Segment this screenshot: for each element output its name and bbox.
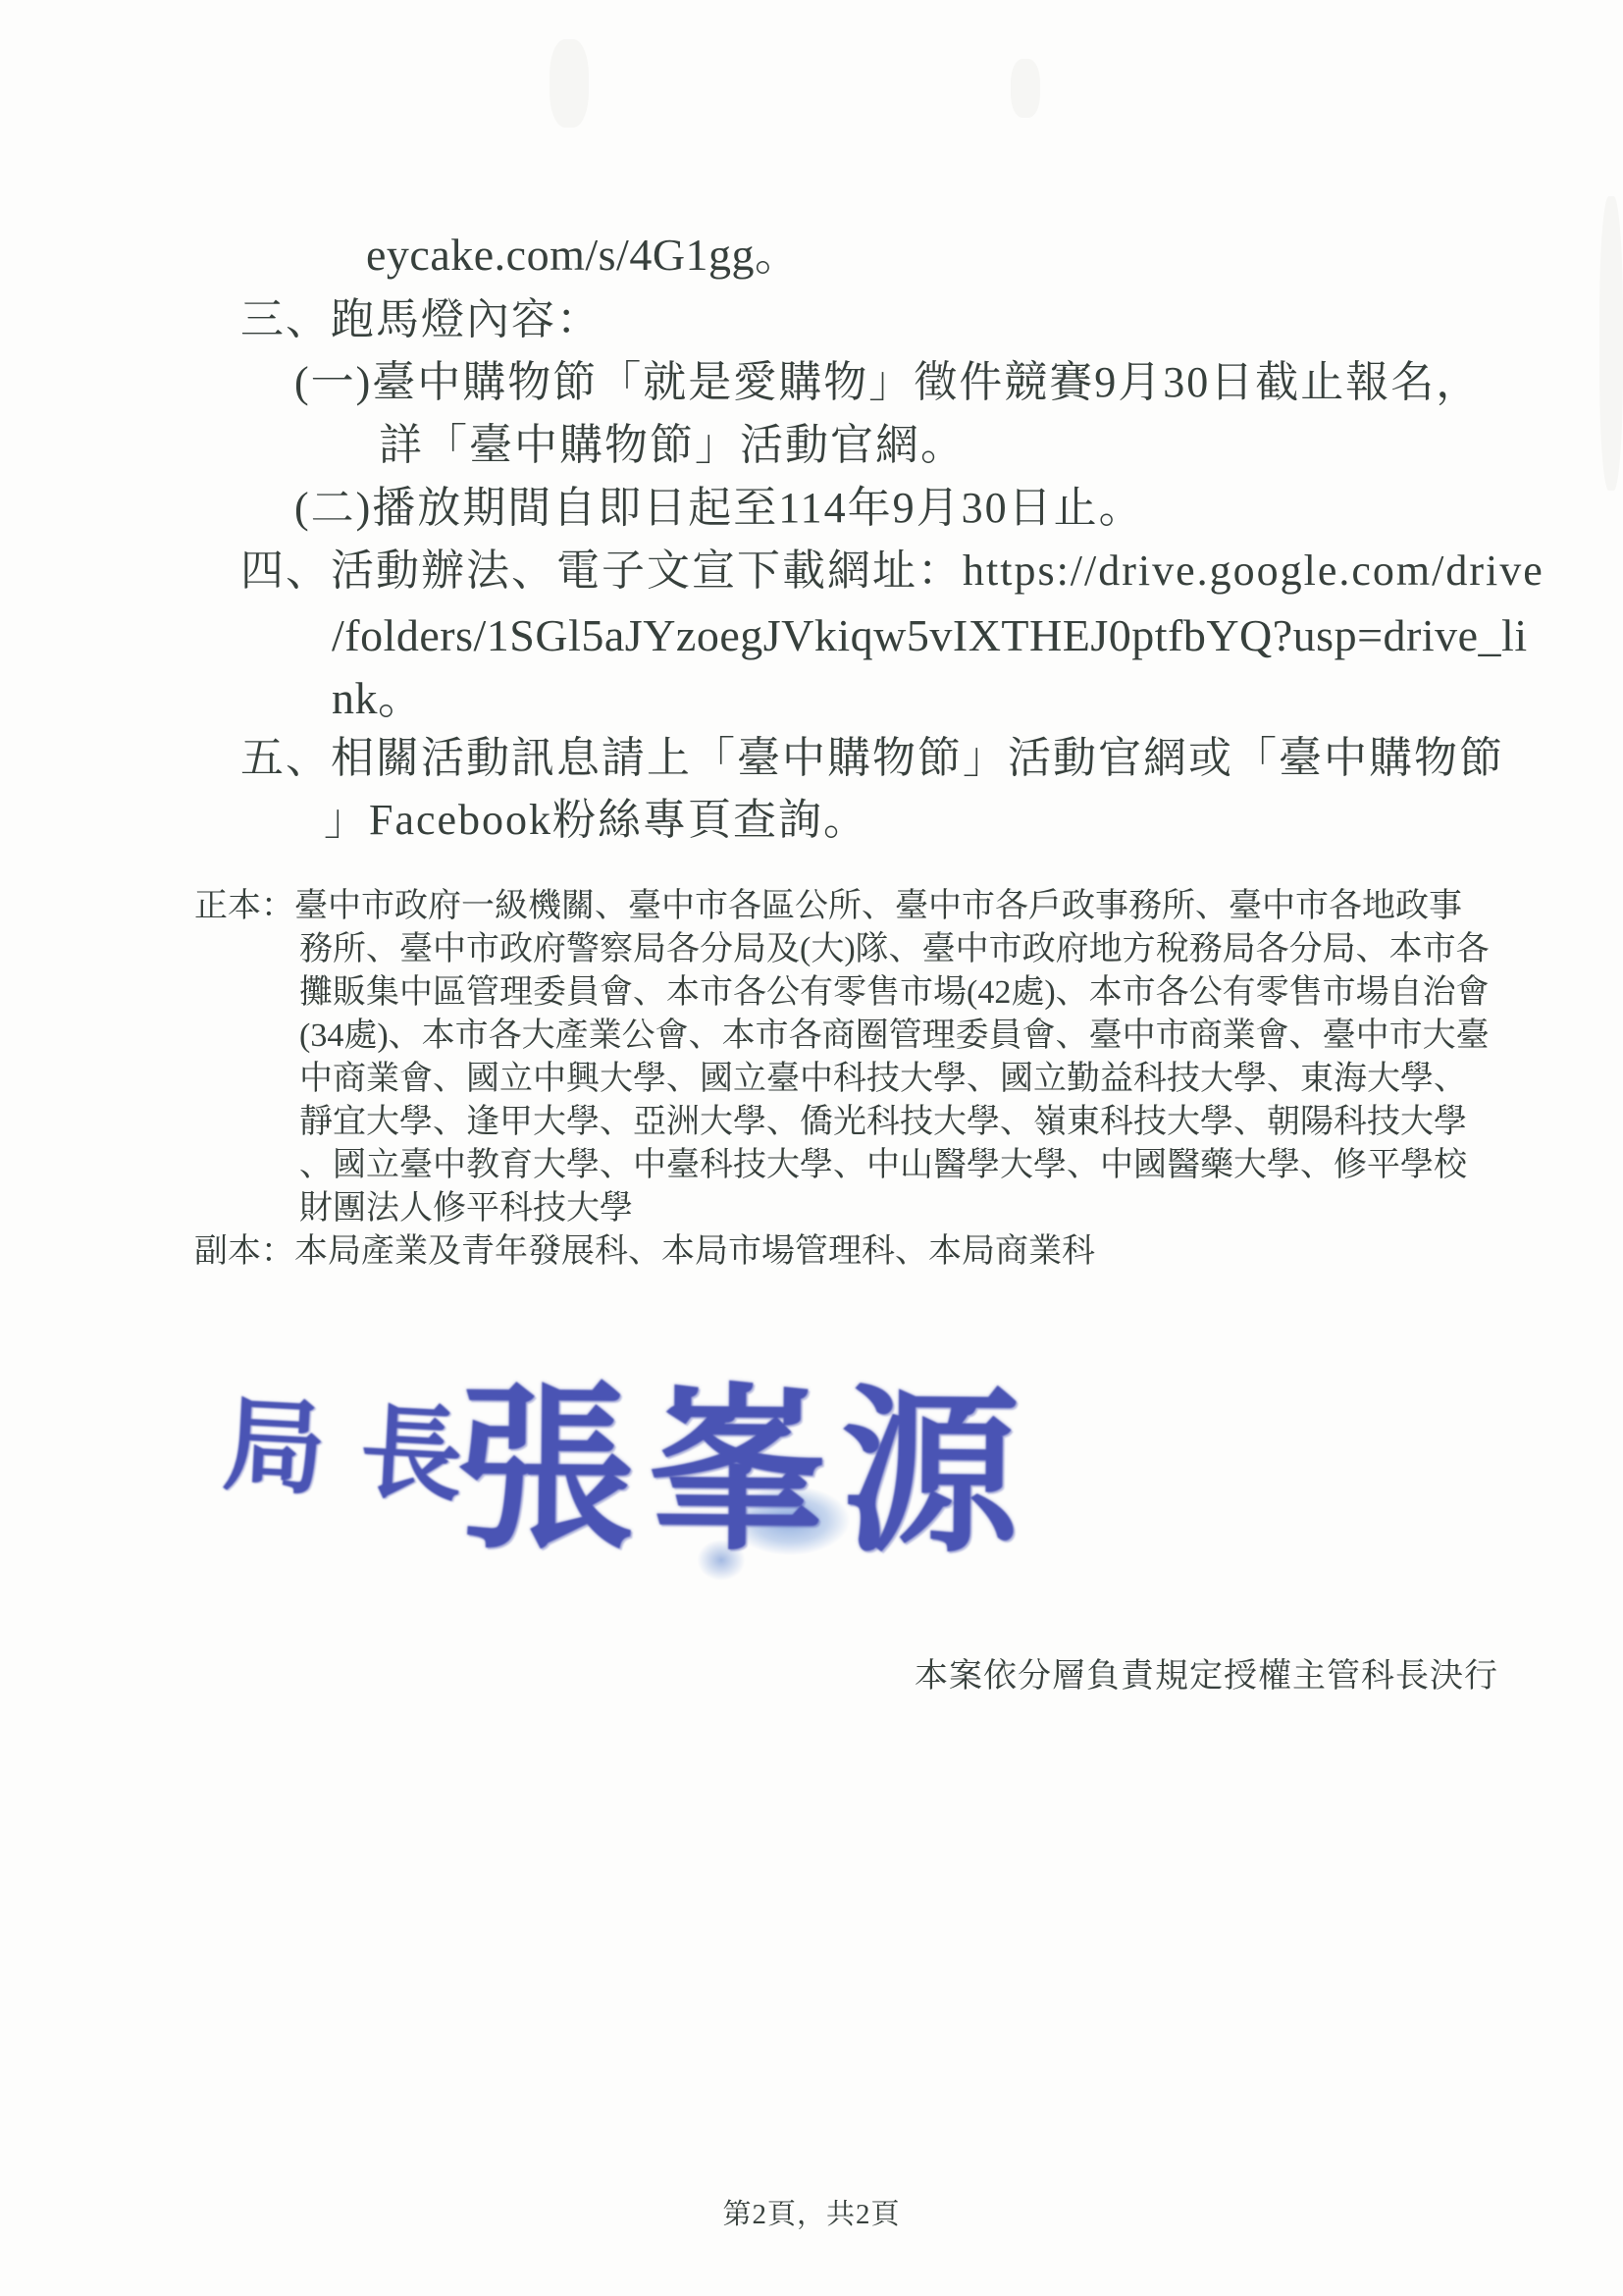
scan-speck: [1011, 59, 1040, 118]
recipients-original-line: 務所、臺中市政府警察局各分局及(大)隊、臺中市政府地方稅務局各分局、本市各: [299, 929, 1490, 971]
recipients-original-line: 攤販集中區管理委員會、本市各公有零售市場(42處)、本市各公有零售市場自治會: [299, 972, 1490, 1015]
recipients-original-text: 臺中市政府一級機關、臺中市各區公所、臺中市各戶政事務所、臺中市各地政事: [294, 888, 1462, 924]
item-4-line-1: 四、活動辦法、電子文宣下載網址：https://drive.google.com…: [240, 546, 1544, 598]
item-5-line-1: 五、相關活動訊息請上「臺中購物節」活動官網或「臺中購物節: [240, 733, 1504, 785]
signature-name: 張峯源: [455, 1327, 1034, 1588]
url-continuation-line: eycake.com/s/4G1gg。: [366, 228, 801, 282]
delegation-note: 本案依分層負責規定授權主管科長決行: [915, 1648, 1498, 1696]
recipients-original-line: 中商業會、國立中興大學、國立臺中科技大學、國立勤益科技大學、東海大學、: [299, 1059, 1467, 1101]
recipients-original-line: 正本：臺中市政府一級機關、臺中市各區公所、臺中市各戶政事務所、臺中市各地政事: [194, 886, 1462, 928]
recipients-original-label: 正本：: [194, 888, 294, 924]
scanned-letter-page: eycake.com/s/4G1gg。 三、跑馬燈內容： (一)臺中購物節「就是…: [0, 0, 1623, 2296]
recipients-original-line: 財團法人修平科技大學: [299, 1188, 633, 1230]
scan-speck: [550, 39, 589, 128]
recipients-copy-label: 副本：: [194, 1233, 294, 1270]
item-4-line-2: /folders/1SGl5aJYzoegJVkiqw5vIXTHEJ0ptfb…: [332, 608, 1528, 662]
item-3-sub-1-line-1: (一)臺中購物節「就是愛購物」徵件競賽9月30日截止報名，: [294, 357, 1481, 409]
recipients-original-line: 靜宜大學、逢甲大學、亞洲大學、僑光科技大學、嶺東科技大學、朝陽科技大學: [299, 1102, 1467, 1144]
recipients-original-line: 、國立臺中教育大學、中臺科技大學、中山醫學大學、中國醫藥大學、修平學校: [299, 1145, 1467, 1187]
item-4-line-3: nk。: [332, 671, 424, 725]
page-indicator: 第2頁，共2頁: [0, 2192, 1623, 2232]
item-3-sub-1-line-2: 詳「臺中購物節」活動官網。: [379, 420, 966, 472]
recipients-copy-text: 本局產業及青年發展科、本局市場管理科、本局商業科: [294, 1233, 1095, 1270]
scan-speck: [1599, 196, 1623, 491]
item-3-sub-2: (二)播放期間自即日起至114年9月30日止。: [294, 483, 1144, 535]
recipients-copy-line: 副本：本局產業及青年發展科、本局市場管理科、本局商業科: [194, 1231, 1095, 1274]
item-3-heading: 三、跑馬燈內容：: [240, 294, 602, 346]
item-5-line-2: 」Facebook粉絲專頁查詢。: [324, 795, 868, 847]
recipients-original-line: (34處)、本市各大產業公會、本市各商圈管理委員會、臺中市商業會、臺中市大臺: [299, 1016, 1490, 1058]
